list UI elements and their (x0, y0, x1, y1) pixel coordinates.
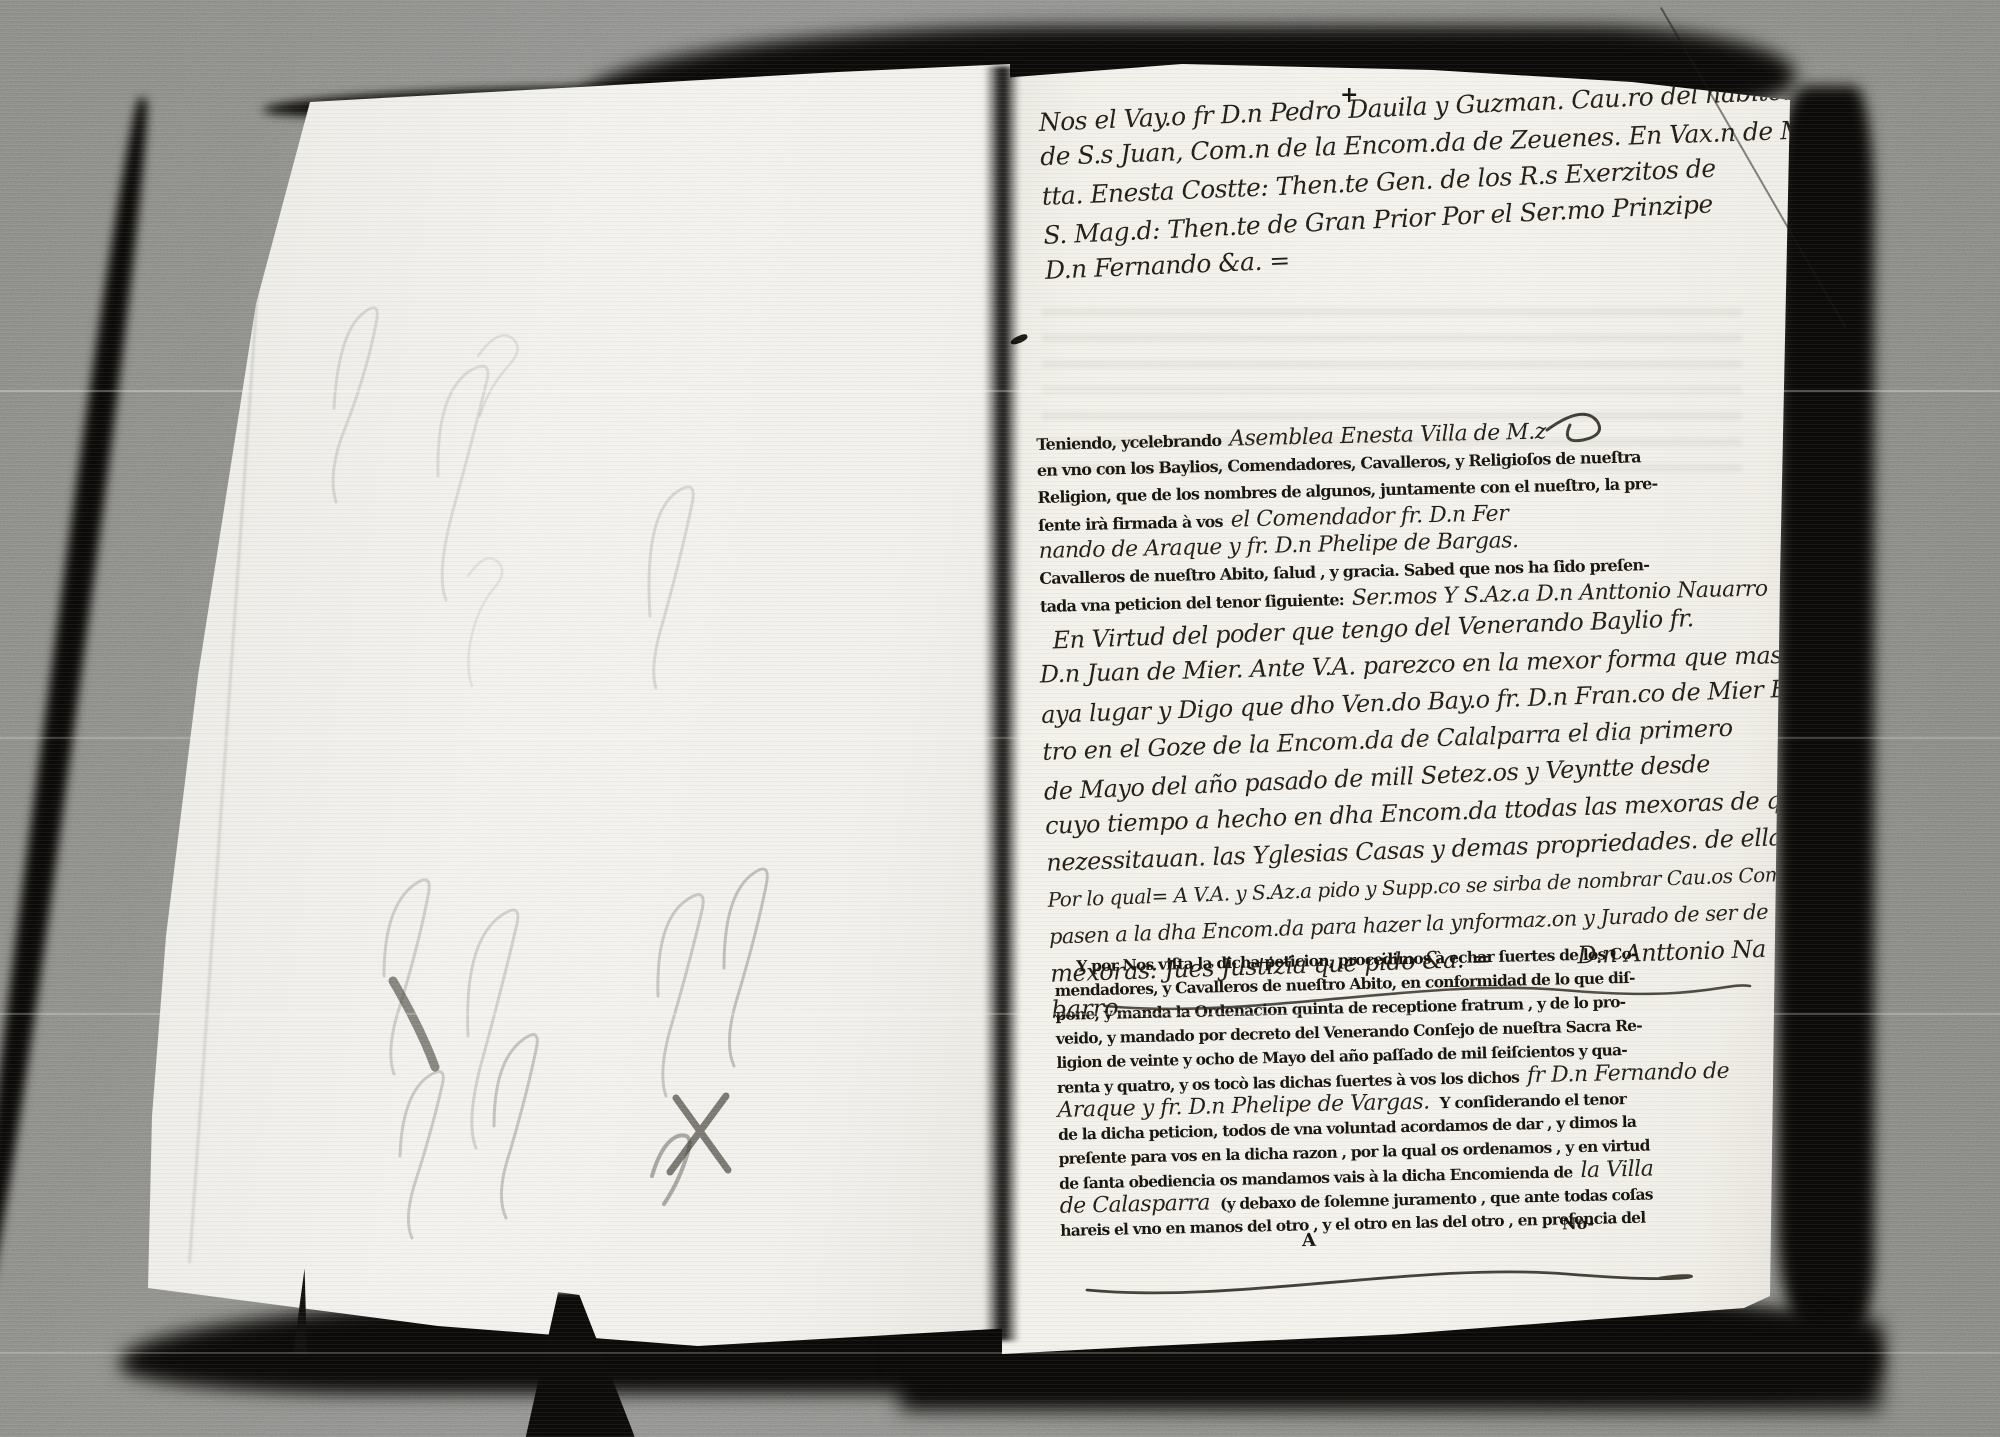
gathering-signature-mark: A (1302, 1230, 1316, 1251)
printed-paragraph-2: Y por Nos viſta la dicha peticion, proce… (1054, 940, 1733, 1243)
book-fore-edge-shadow (1778, 86, 1874, 1336)
manuscript-heading: Nos el Vay.o fr D.n Pedro Dauila y Guzma… (1038, 71, 1832, 289)
page-crease (188, 126, 270, 1263)
catchword: No- (1562, 1214, 1594, 1234)
invocation-cross: + (1340, 82, 1358, 108)
left-page-blank (138, 56, 1012, 1356)
printed-paragraph-1: Teniendo, ycelebrandoAsemblea Enesta Vil… (1036, 413, 1768, 618)
gutter-shadow (984, 66, 1020, 1341)
ink-bleed-through-marks (138, 56, 1012, 1356)
left-page-side-edge-shadow (0, 96, 158, 1314)
right-page-document: + Nos el Vay.o fr D.n Pedro Dauila y Guz… (1002, 58, 1794, 1358)
photograph-of-open-book: + Nos el Vay.o fr D.n Pedro Dauila y Guz… (0, 0, 2000, 1437)
